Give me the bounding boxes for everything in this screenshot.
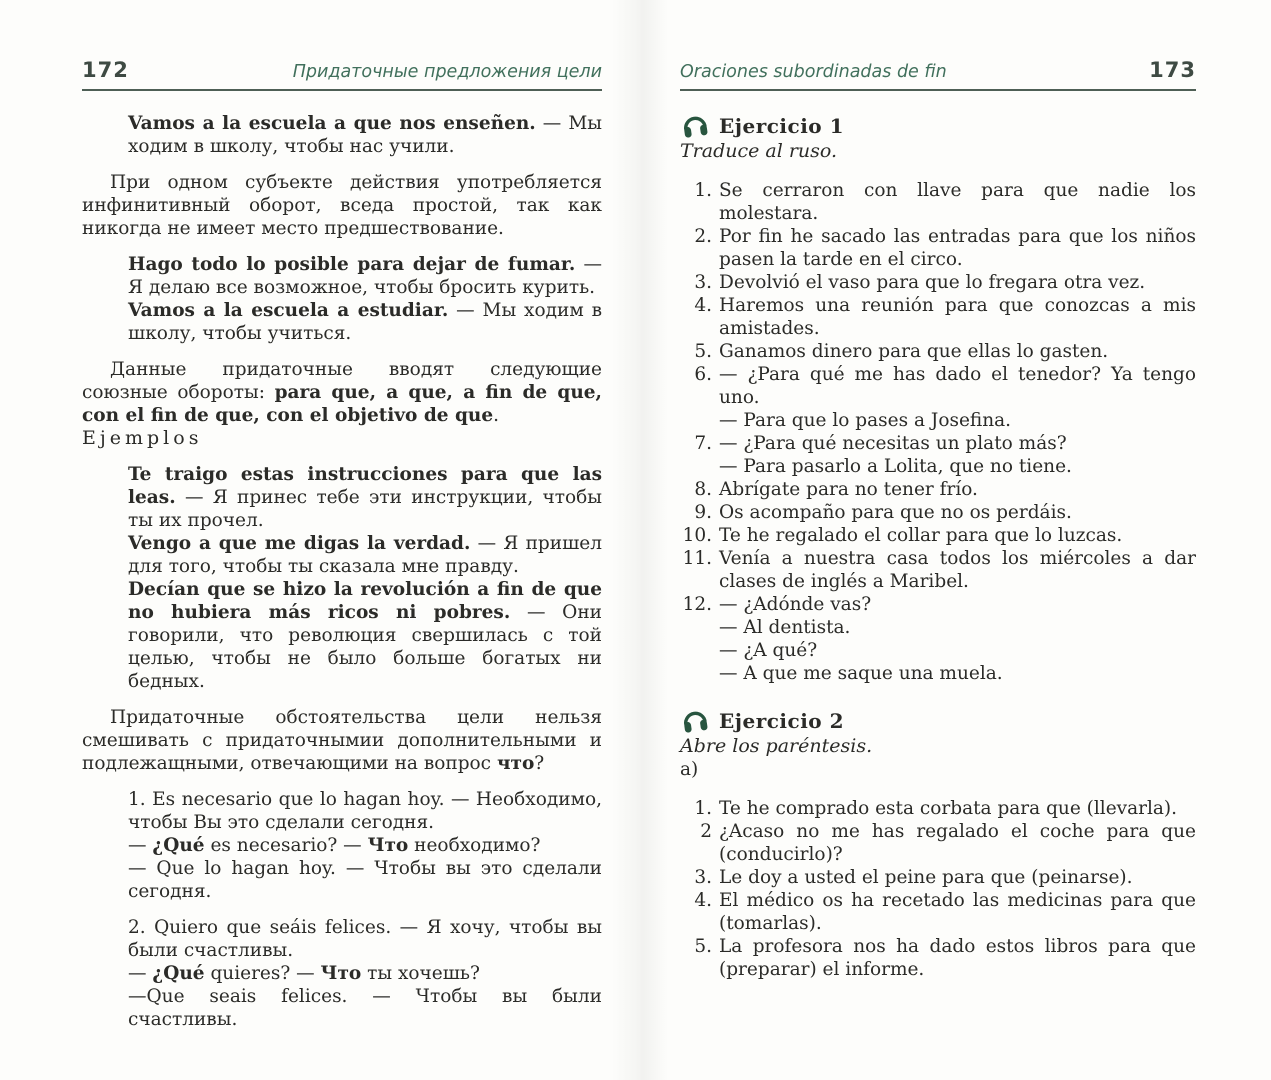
- text-segment: 1. Es necesario que lo hagan hoy. — Необ…: [128, 789, 602, 833]
- item-paragraph: — ¿A qué?: [719, 639, 1196, 662]
- book-spread: 172 Придаточные предложения цели Vamos a…: [0, 0, 1271, 1080]
- item-text: ¿Acaso no me has regalado el coche para …: [719, 820, 1196, 866]
- exercise-list: 1.Se cerraron con llave para que nadie l…: [680, 179, 1196, 685]
- item-text: Le doy a usted el peine para que (peinar…: [719, 866, 1196, 889]
- item-text: Por fin he sacado las entradas para que …: [719, 225, 1196, 271]
- example-block: 2. Quiero que seáis felices. — Я хочу, ч…: [128, 916, 602, 1031]
- exercise-header: Ejercicio 2: [680, 707, 1196, 735]
- exercise-header: Ejercicio 1: [680, 112, 1196, 140]
- text-segment: Vamos a la escuela a que nos enseñen.: [128, 113, 536, 134]
- headphones-icon: [678, 108, 712, 142]
- list-item: 7.— ¿Para qué necesitas un plato más?— P…: [680, 432, 1196, 478]
- item-number: 8.: [680, 478, 712, 501]
- list-item: 1.Se cerraron con llave para que nadie l…: [680, 179, 1196, 225]
- text-segment: необходимо?: [408, 835, 540, 856]
- example-line: 1. Es necesario que lo hagan hoy. — Необ…: [128, 788, 602, 834]
- list-item: 2¿Acaso no me has regalado el coche para…: [680, 820, 1196, 866]
- text-segment: Hago todo lo posible para dejar de fumar…: [128, 254, 575, 275]
- headphones-icon: [678, 703, 712, 737]
- example-line: — ¿Qué es necesario? — Что необходимо?: [128, 834, 602, 857]
- text-segment: .: [493, 405, 499, 426]
- item-paragraph: Le doy a usted el peine para que (peinar…: [719, 866, 1196, 889]
- exercise-subtitle: Traduce al ruso.: [680, 140, 1196, 163]
- example-block: 1. Es necesario que lo hagan hoy. — Необ…: [128, 788, 602, 903]
- example-line: —Que seais felices. — Чтобы вы были счас…: [128, 985, 602, 1031]
- example-line: Vamos a la escuela a estudiar. — Мы ходи…: [128, 299, 602, 345]
- right-page: Oraciones subordinadas de fin 173 Ejerci…: [680, 58, 1196, 981]
- text-segment: Что: [321, 963, 362, 984]
- text-segment: —: [128, 835, 152, 856]
- example-line: — ¿Qué quieres? — Что ты хочешь?: [128, 962, 602, 985]
- item-paragraph: Ganamos dinero para que ellas lo gasten.: [719, 340, 1196, 363]
- list-item: 1.Te he comprado esta corbata para que (…: [680, 797, 1196, 820]
- text-segment: ¿Qué: [152, 835, 204, 856]
- right-page-content: Ejercicio 1Traduce al ruso.1.Se cerraron…: [680, 112, 1196, 981]
- item-paragraph: Te he regalado el collar para que lo luz…: [719, 524, 1196, 547]
- item-text: La profesora nos ha dado estos libros pa…: [719, 935, 1196, 981]
- item-number: 3.: [680, 866, 712, 889]
- example-line: Hago todo lo posible para dejar de fumar…: [128, 253, 602, 299]
- left-page-header: 172 Придаточные предложения цели: [82, 58, 602, 91]
- exercise-section-label: a): [680, 758, 1196, 781]
- item-paragraph: — ¿Para qué me has dado el tenedor? Ya t…: [719, 363, 1196, 409]
- item-paragraph: Os acompaño para que no os perdáis.: [719, 501, 1196, 524]
- example-line: — Que lo hagan hoy. — Чтобы вы это сдела…: [128, 857, 602, 903]
- item-text: Se cerraron con llave para que nadie los…: [719, 179, 1196, 225]
- text-segment: ты хочешь?: [361, 963, 480, 984]
- item-text: El médico os ha recetado las medicinas p…: [719, 889, 1196, 935]
- example-block: Te traigo estas instrucciones para que l…: [128, 463, 602, 693]
- item-number: 6.: [680, 363, 712, 386]
- item-paragraph: — ¿Para qué necesitas un plato más?: [719, 432, 1196, 455]
- page-number-right: 173: [1149, 58, 1196, 82]
- list-item: 5.Ganamos dinero para que ellas lo gaste…: [680, 340, 1196, 363]
- item-paragraph: Se cerraron con llave para que nadie los…: [719, 179, 1196, 225]
- list-item: 5.La profesora nos ha dado estos libros …: [680, 935, 1196, 981]
- left-page: 172 Придаточные предложения цели Vamos a…: [82, 58, 602, 1031]
- text-segment: —Que seais felices. — Чтобы вы были счас…: [128, 986, 602, 1030]
- item-text: Devolvió el vaso para que lo fregara otr…: [719, 271, 1196, 294]
- item-paragraph: La profesora nos ha dado estos libros pa…: [719, 935, 1196, 981]
- paragraph: Придаточные обстоятельства цели нельзя с…: [82, 706, 602, 775]
- item-paragraph: — Al dentista.: [719, 616, 1196, 639]
- text-segment: При одном субъекте действия употребляетс…: [82, 172, 602, 239]
- item-paragraph: ¿Acaso no me has regalado el coche para …: [719, 820, 1196, 866]
- item-paragraph: Haremos una reunión para que conozcas a …: [719, 294, 1196, 340]
- exercise-subtitle: Abre los paréntesis.: [680, 735, 1196, 758]
- example-line: Vamos a la escuela a que nos enseñen. — …: [128, 112, 602, 158]
- item-number: 10.: [680, 524, 712, 547]
- item-text: Te he comprado esta corbata para que (ll…: [719, 797, 1196, 820]
- item-paragraph: Abrígate para no tener frío.: [719, 478, 1196, 501]
- item-paragraph: Venía a nuestra casa todos los miércoles…: [719, 547, 1196, 593]
- item-text: Haremos una reunión para que conozcas a …: [719, 294, 1196, 340]
- item-paragraph: El médico os ha recetado las medicinas p…: [719, 889, 1196, 935]
- exercise-label: Ejercicio 2: [719, 710, 844, 733]
- list-item: 3.Devolvió el vaso para que lo fregara o…: [680, 271, 1196, 294]
- item-paragraph: Por fin he sacado las entradas para que …: [719, 225, 1196, 271]
- item-number: 7.: [680, 432, 712, 455]
- text-segment: Что: [368, 835, 409, 856]
- text-segment: — Я принес тебе эти инструкции, чтобы ты…: [128, 487, 602, 531]
- paragraph: Данные придаточные вводят следующие союз…: [82, 358, 602, 427]
- list-item: 2.Por fin he sacado las entradas para qu…: [680, 225, 1196, 271]
- item-text: Os acompaño para que no os perdáis.: [719, 501, 1196, 524]
- running-head-left: Придаточные предложения цели: [293, 62, 602, 82]
- item-paragraph: Te he comprado esta corbata para que (ll…: [719, 797, 1196, 820]
- item-number: 3.: [680, 271, 712, 294]
- right-page-header: Oraciones subordinadas de fin 173: [680, 58, 1196, 91]
- item-number: 4.: [680, 889, 712, 912]
- item-paragraph: — ¿Adónde vas?: [719, 593, 1196, 616]
- text-segment: — Que lo hagan hoy. — Чтобы вы это сдела…: [128, 858, 602, 902]
- item-text: Ganamos dinero para que ellas lo gasten.: [719, 340, 1196, 363]
- list-item: 10.Te he regalado el collar para que lo …: [680, 524, 1196, 547]
- item-text: — ¿Para qué me has dado el tenedor? Ya t…: [719, 363, 1196, 432]
- item-number: 12.: [680, 593, 712, 616]
- item-paragraph: — A que me saque una muela.: [719, 662, 1196, 685]
- item-number: 2.: [680, 225, 712, 248]
- list-item: 6.— ¿Para qué me has dado el tenedor? Ya…: [680, 363, 1196, 432]
- item-paragraph: — Para pasarlo a Lolita, que no tiene.: [719, 455, 1196, 478]
- item-number: 2: [680, 820, 712, 843]
- text-segment: —: [128, 963, 152, 984]
- list-item: 3.Le doy a usted el peine para que (pein…: [680, 866, 1196, 889]
- ejemplos-heading: Ejemplos: [82, 427, 602, 450]
- item-paragraph: Devolvió el vaso para que lo fregara otr…: [719, 271, 1196, 294]
- text-segment: что: [497, 753, 534, 774]
- item-number: 1.: [680, 797, 712, 820]
- item-number: 5.: [680, 340, 712, 363]
- page-gutter-shadow: [612, 0, 668, 1080]
- exercise-list: 1.Te he comprado esta corbata para que (…: [680, 797, 1196, 981]
- list-item: 4.Haremos una reunión para que conozcas …: [680, 294, 1196, 340]
- example-line: Te traigo estas instrucciones para que l…: [128, 463, 602, 532]
- text-segment: quieres? —: [205, 963, 321, 984]
- item-number: 4.: [680, 294, 712, 317]
- example-line: Vengo a que me digas la verdad. — Я приш…: [128, 532, 602, 578]
- item-text: — ¿Adónde vas?— Al dentista.— ¿A qué?— A…: [719, 593, 1196, 685]
- example-block: Hago todo lo posible para dejar de fumar…: [128, 253, 602, 345]
- item-paragraph: — Para que lo pases a Josefina.: [719, 409, 1196, 432]
- list-item: 8.Abrígate para no tener frío.: [680, 478, 1196, 501]
- item-text: Venía a nuestra casa todos los miércoles…: [719, 547, 1196, 593]
- text-segment: Vengo a que me digas la verdad.: [128, 533, 470, 554]
- item-text: Te he regalado el collar para que lo luz…: [719, 524, 1196, 547]
- page-number-left: 172: [82, 58, 129, 82]
- example-block: Vamos a la escuela a que nos enseñen. — …: [128, 112, 602, 158]
- text-segment: ?: [534, 753, 544, 774]
- text-segment: Vamos a la escuela a estudiar.: [128, 300, 448, 321]
- list-item: 12.— ¿Adónde vas?— Al dentista.— ¿A qué?…: [680, 593, 1196, 685]
- item-number: 9.: [680, 501, 712, 524]
- example-line: 2. Quiero que seáis felices. — Я хочу, ч…: [128, 916, 602, 962]
- example-line: Decían que se hizo la revolución a fin d…: [128, 578, 602, 693]
- list-item: 4.El médico os ha recetado las medicinas…: [680, 889, 1196, 935]
- text-segment: ¿Qué: [152, 963, 204, 984]
- list-item: 11.Venía a nuestra casa todos los miérco…: [680, 547, 1196, 593]
- item-number: 11.: [680, 547, 712, 570]
- running-head-right: Oraciones subordinadas de fin: [680, 62, 947, 82]
- item-number: 1.: [680, 179, 712, 202]
- text-segment: es necesario? —: [205, 835, 368, 856]
- paragraph: При одном субъекте действия употребляетс…: [82, 171, 602, 240]
- exercise-label: Ejercicio 1: [719, 115, 844, 138]
- item-number: 5.: [680, 935, 712, 958]
- item-text: Abrígate para no tener frío.: [719, 478, 1196, 501]
- left-page-blocks: Vamos a la escuela a que nos enseñen. — …: [82, 112, 602, 1031]
- text-segment: 2. Quiero que seáis felices. — Я хочу, ч…: [128, 917, 602, 961]
- list-item: 9.Os acompaño para que no os perdáis.: [680, 501, 1196, 524]
- item-text: — ¿Para qué necesitas un plato más?— Par…: [719, 432, 1196, 478]
